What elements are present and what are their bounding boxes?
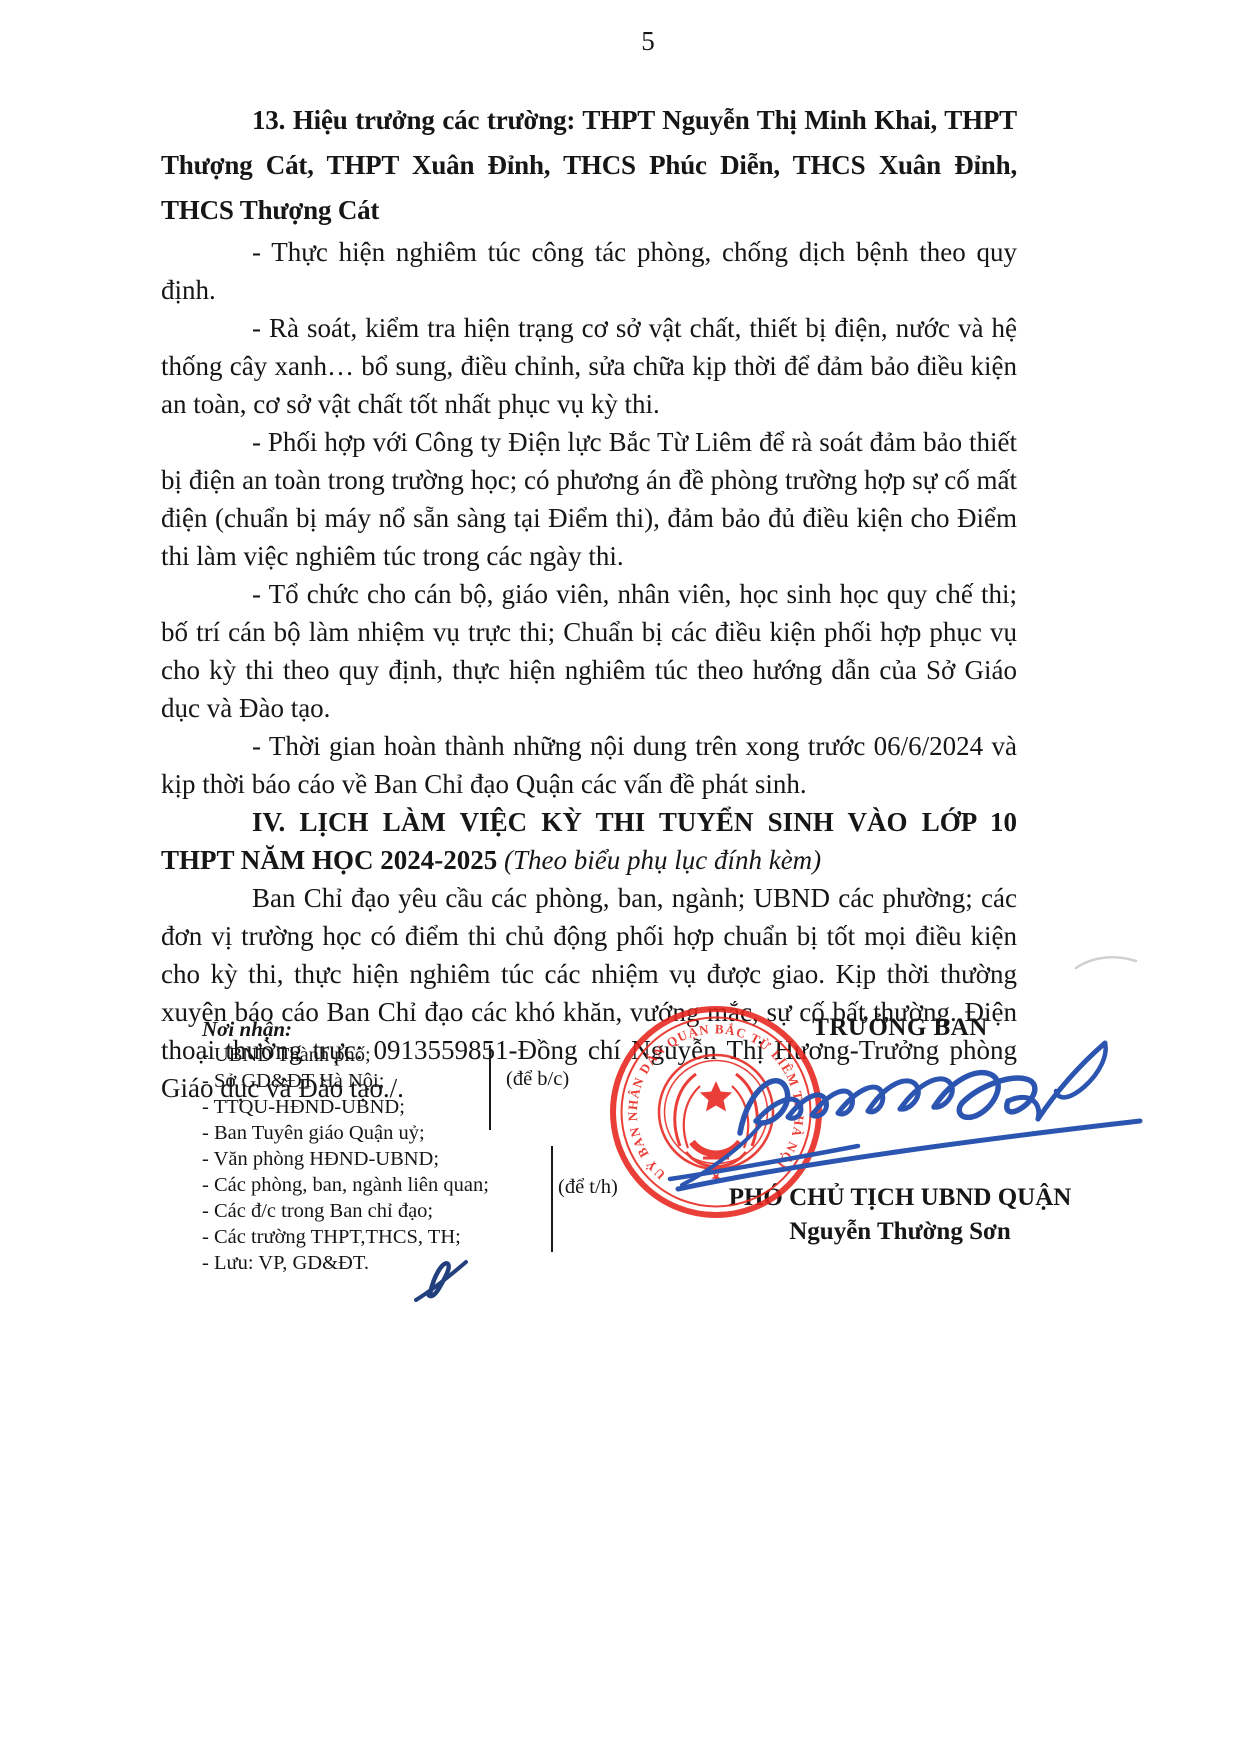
pen-artifact [1072, 948, 1142, 978]
initial-mark-icon [400, 1250, 480, 1306]
recipients-list: - UBND Thành phố; - Sở GD&ĐT Hà Nội; - T… [202, 1042, 502, 1276]
signature-icon [590, 1025, 1150, 1215]
section-heading-13: 13. Hiệu trưởng các trường: THPT Nguyễn … [161, 98, 1017, 233]
bracket-bar-th [551, 1146, 553, 1252]
bracket-bar-bc [489, 1045, 491, 1130]
signer-name: Nguyễn Thường Sơn [700, 1218, 1100, 1246]
section-heading-4-italic: (Theo biểu phụ lục đính kèm) [504, 845, 821, 875]
document-page: 5 13. Hiệu trưởng các trường: THPT Nguyễ… [0, 0, 1240, 1754]
group-note-bc: (để b/c) [506, 1068, 569, 1091]
body-paragraph: - Rà soát, kiểm tra hiện trạng cơ sở vật… [161, 309, 1017, 423]
body-paragraph: - Phối hợp với Công ty Điện lực Bắc Từ L… [161, 423, 1017, 575]
body-paragraph: - Thời gian hoàn thành những nội dung tr… [161, 727, 1017, 803]
page-number: 5 [0, 26, 1240, 57]
recipient-item: - UBND Thành phố; [202, 1042, 502, 1068]
recipient-item: - Sở GD&ĐT Hà Nội; [202, 1068, 502, 1094]
recipients-block: Nơi nhận: - UBND Thành phố; - Sở GD&ĐT H… [202, 1016, 502, 1276]
recipients-label: Nơi nhận: [202, 1016, 502, 1042]
recipient-item: - Các đ/c trong Ban chỉ đạo; [202, 1198, 502, 1224]
body-paragraph: - Thực hiện nghiêm túc công tác phòng, c… [161, 233, 1017, 309]
section-heading-4: IV. LỊCH LÀM VIỆC KỲ THI TUYỂN SINH VÀO … [161, 803, 1017, 879]
recipient-item: - TTQU-HĐND-UBND; [202, 1094, 502, 1120]
recipient-item: - Các trường THPT,THCS, TH; [202, 1224, 502, 1250]
recipient-item: - Các phòng, ban, ngành liên quan; [202, 1172, 502, 1198]
body-paragraph: - Tổ chức cho cán bộ, giáo viên, nhân vi… [161, 575, 1017, 727]
document-body: 13. Hiệu trưởng các trường: THPT Nguyễn … [161, 98, 1017, 1107]
recipient-item: - Ban Tuyên giáo Quận uỷ; [202, 1120, 502, 1146]
recipient-item: - Văn phòng HĐND-UBND; [202, 1146, 502, 1172]
